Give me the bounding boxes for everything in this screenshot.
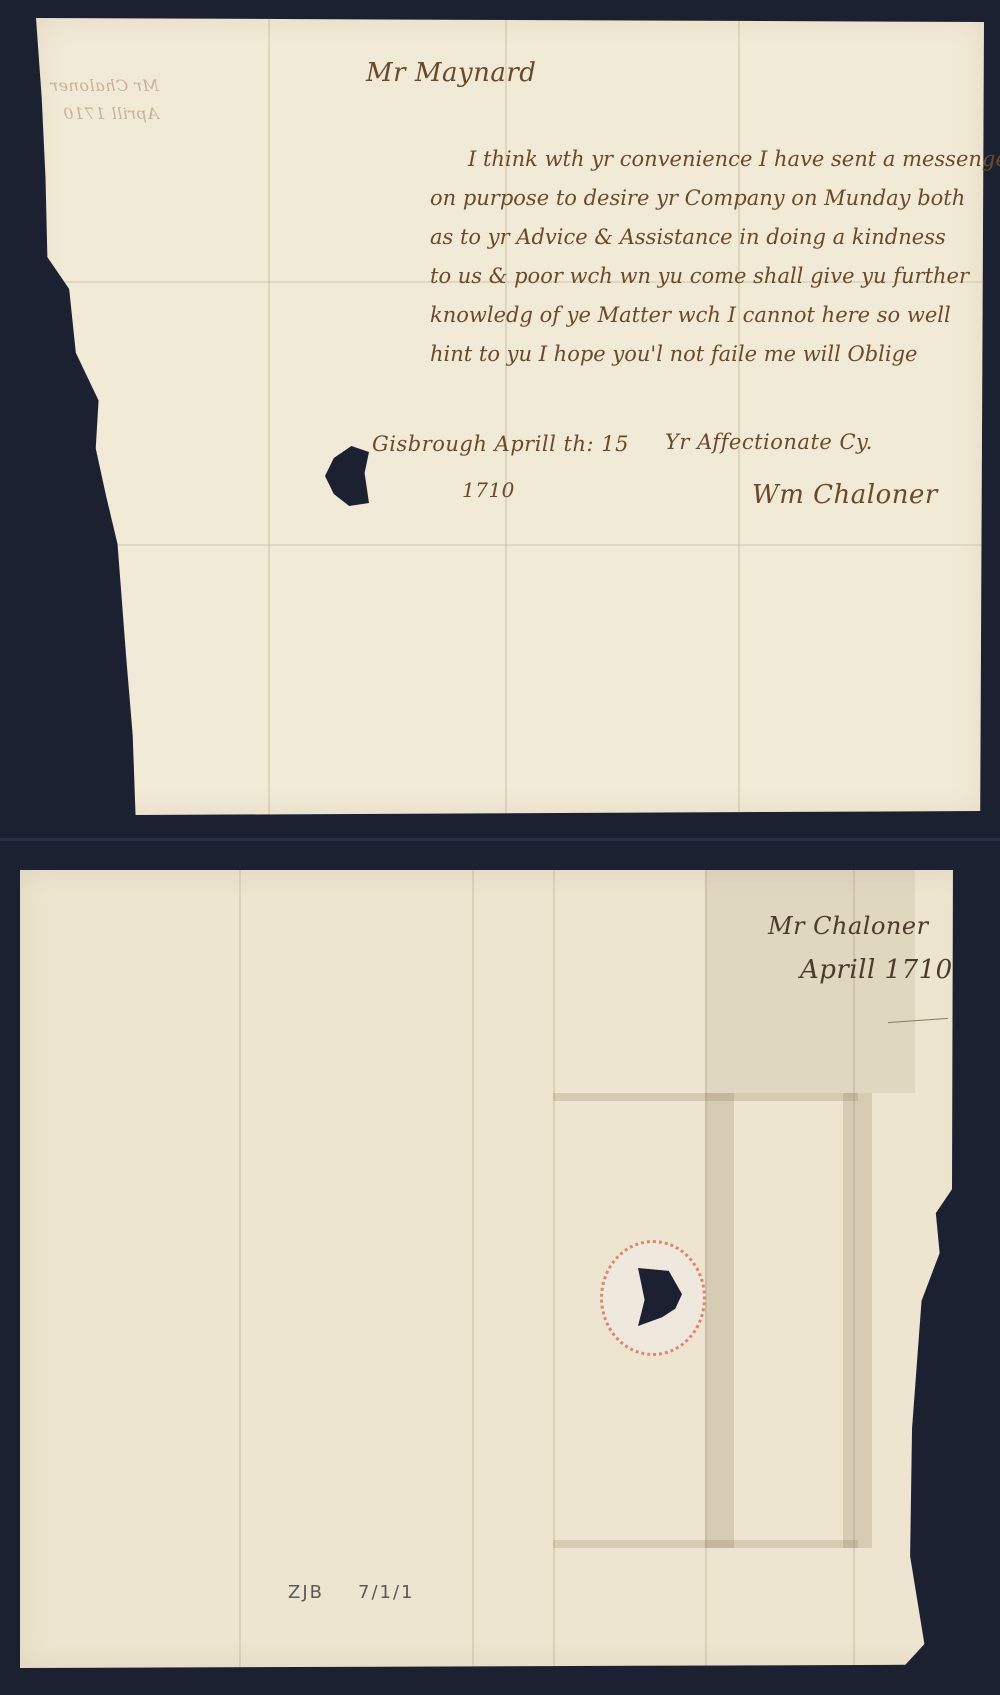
signature: Wm Chaloner (752, 480, 938, 510)
body-line: I think wth yr convenience I have sent a… (430, 140, 1000, 179)
letter-back-page (20, 870, 972, 1668)
faint-note-line: Mr Chaloner (50, 72, 159, 100)
fold-line (36, 544, 984, 546)
faint-note-line: Aprill 1710 (50, 100, 159, 128)
salutation: Mr Maynard (366, 58, 536, 88)
fold-line (472, 870, 474, 1668)
body-line: to us & poor wch wn yu come shall give y… (430, 257, 1000, 296)
soil-stain (843, 1093, 872, 1548)
body-line: hint to yu I hope you'l not faile me wil… (430, 335, 1000, 374)
archive-number: 7/1/1 (358, 1582, 415, 1603)
endorsement-name: Mr Chaloner (768, 912, 929, 940)
body-line: as to yr Advice & Assistance in doing a … (430, 218, 1000, 257)
faint-offset-note: Mr Chaloner Aprill 1710 (50, 72, 159, 128)
endorsement-date: Aprill 1710 (800, 955, 953, 985)
fold-line (268, 18, 270, 815)
letter-year: 1710 (462, 478, 515, 502)
archive-reference: ZJB (288, 1582, 324, 1603)
fold-line (553, 870, 555, 1668)
front-scan-panel: Mr Chaloner Aprill 1710 Mr Maynard I thi… (0, 0, 1000, 838)
letter-front-page (36, 18, 984, 815)
soil-stain (705, 1093, 734, 1548)
closing: Yr Affectionate Cy. (665, 430, 873, 454)
fold-line (505, 18, 507, 815)
body-line: knowledg of ye Matter wch I cannot here … (430, 296, 1000, 335)
letter-body: I think wth yr convenience I have sent a… (430, 140, 1000, 374)
body-line: on purpose to desire yr Company on Munda… (430, 179, 1000, 218)
fold-line (239, 870, 241, 1668)
place-date: Gisbrough Aprill th: 15 (372, 432, 629, 456)
fold-line (738, 18, 740, 815)
